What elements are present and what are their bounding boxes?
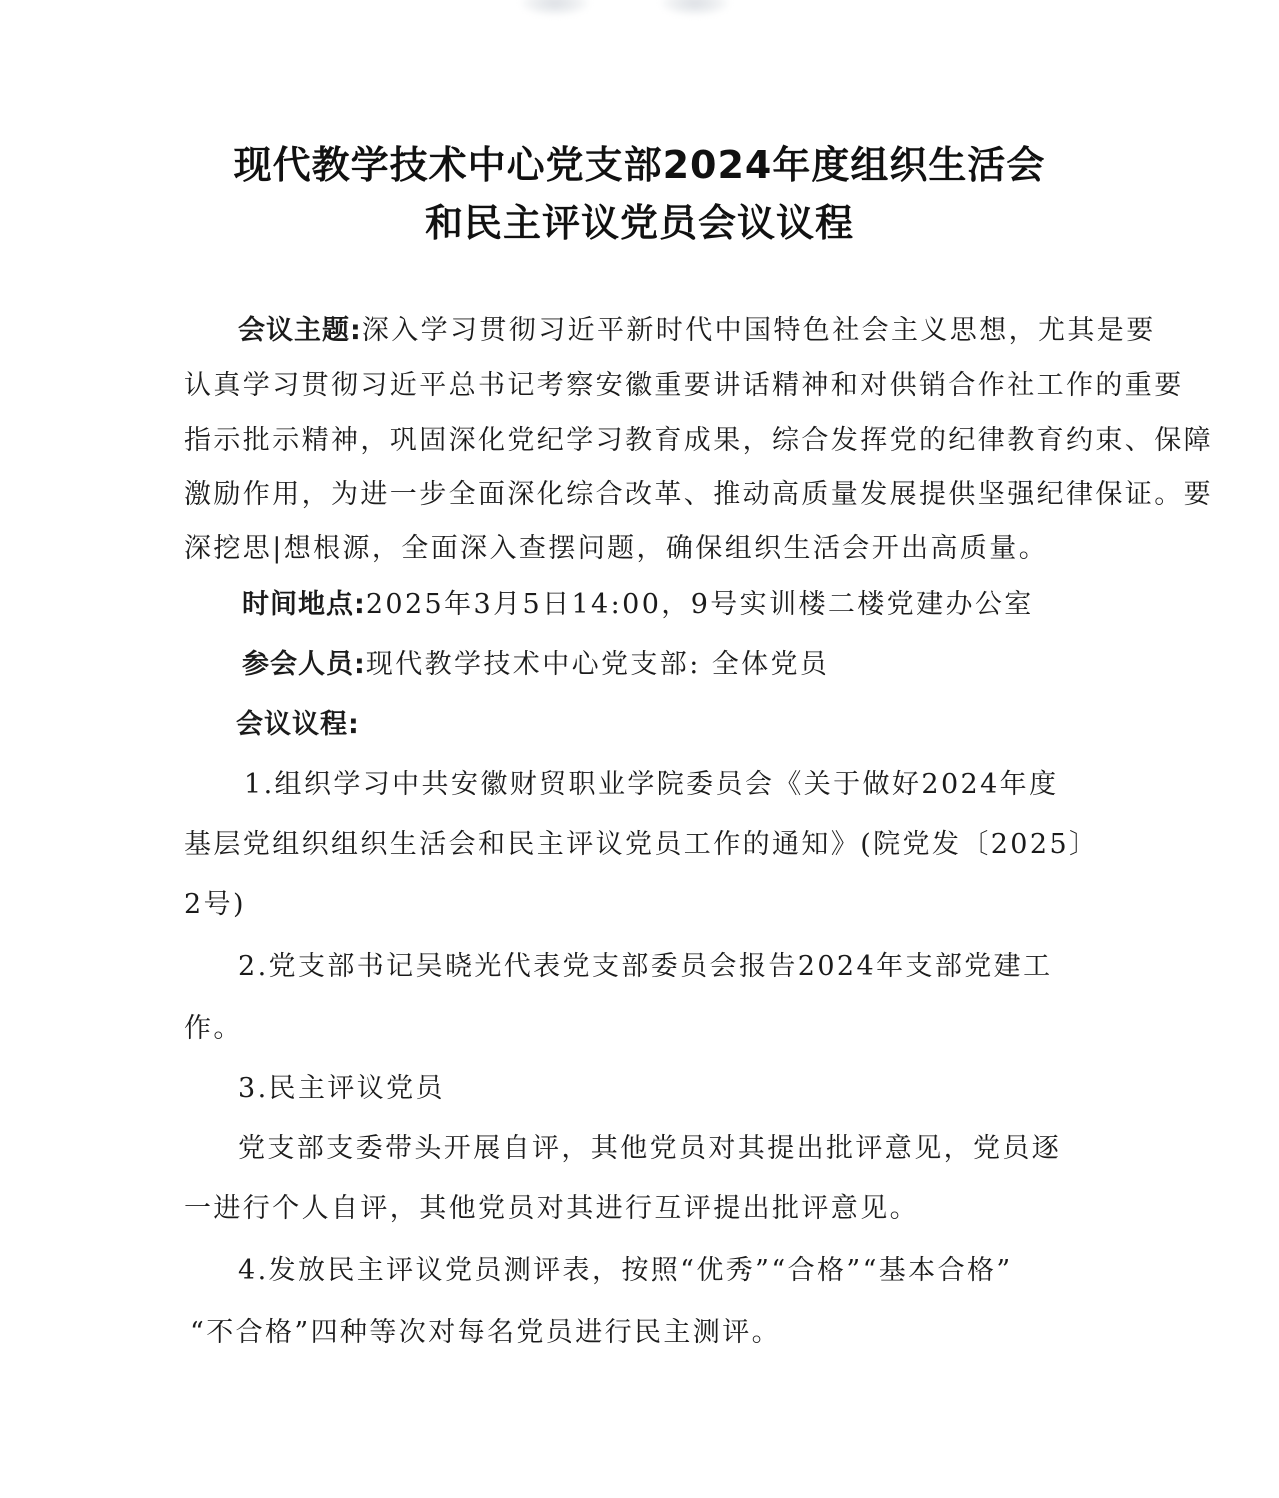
theme-text: 深入学习贯彻习近平新时代中国特色社会主义思想，尤其是要: [362, 315, 1156, 346]
agenda-item-3-line-2: 党支部支委带头开展自评，其他党员对其提出批评意见，党员逐: [238, 1126, 1061, 1165]
time-place-value: 2025年3月5日14:00，9号实训楼二楼党建办公室: [366, 589, 1034, 620]
theme-label: 会议主题:: [238, 315, 362, 346]
agenda-item-2-line-1: 2.党支部书记吴晓光代表党支部委员会报告2024年支部党建工: [238, 944, 1052, 983]
scan-smudge: [660, 0, 730, 16]
agenda-item-1-line-3: 2号): [184, 882, 246, 921]
time-place-label: 时间地点:: [242, 589, 366, 620]
agenda-item-3-line-3: 一进行个人自评，其他党员对其进行互评提出批评意见。: [184, 1186, 919, 1225]
theme-line-5: 深挖思|想根源，全面深入查摆问题，确保组织生活会开出高质量。: [184, 526, 1048, 565]
agenda-item-4-line-1: 4.发放民主评议党员测评表，按照“优秀”“合格”“基本合格”: [238, 1248, 1013, 1287]
theme-line-2: 认真学习贯彻习近平总书记考察安徽重要讲话精神和对供销合作社工作的重要: [184, 363, 1184, 402]
agenda-item-1-line-2: 基层党组织组织生活会和民主评议党员工作的通知》(院党发〔2025〕: [184, 822, 1098, 861]
document-title-line-2: 和民主评议党员会议议程: [0, 192, 1279, 247]
attendees: 参会人员:现代教学技术中心党支部: 全体党员: [242, 642, 829, 681]
theme-line-1: 会议主题:深入学习贯彻习近平新时代中国特色社会主义思想，尤其是要: [238, 308, 1156, 347]
agenda-item-2-line-2: 作。: [184, 1006, 243, 1045]
attendees-label: 参会人员:: [242, 649, 366, 680]
agenda-item-4-line-2: “不合格”四种等次对每名党员进行民主测评。: [190, 1310, 781, 1349]
attendees-value: 现代教学技术中心党支部: 全体党员: [366, 649, 829, 680]
agenda-item-3-line-1: 3.民主评议党员: [238, 1066, 445, 1105]
theme-line-4: 激励作用，为进一步全面深化综合改革、推动高质量发展提供坚强纪律保证。要: [184, 472, 1213, 511]
theme-line-3: 指示批示精神，巩固深化党纪学习教育成果，综合发挥党的纪律教育约束、保障: [184, 418, 1213, 457]
time-place: 时间地点:2025年3月5日14:00，9号实训楼二楼党建办公室: [242, 582, 1034, 621]
document-title-line-1: 现代教学技术中心党支部2024年度组织生活会: [0, 134, 1279, 189]
agenda-item-1-line-1: 1.组织学习中共安徽财贸职业学院委员会《关于做好2024年度: [244, 762, 1058, 801]
agenda-label: 会议议程:: [236, 702, 360, 741]
scan-smudge: [520, 0, 590, 16]
